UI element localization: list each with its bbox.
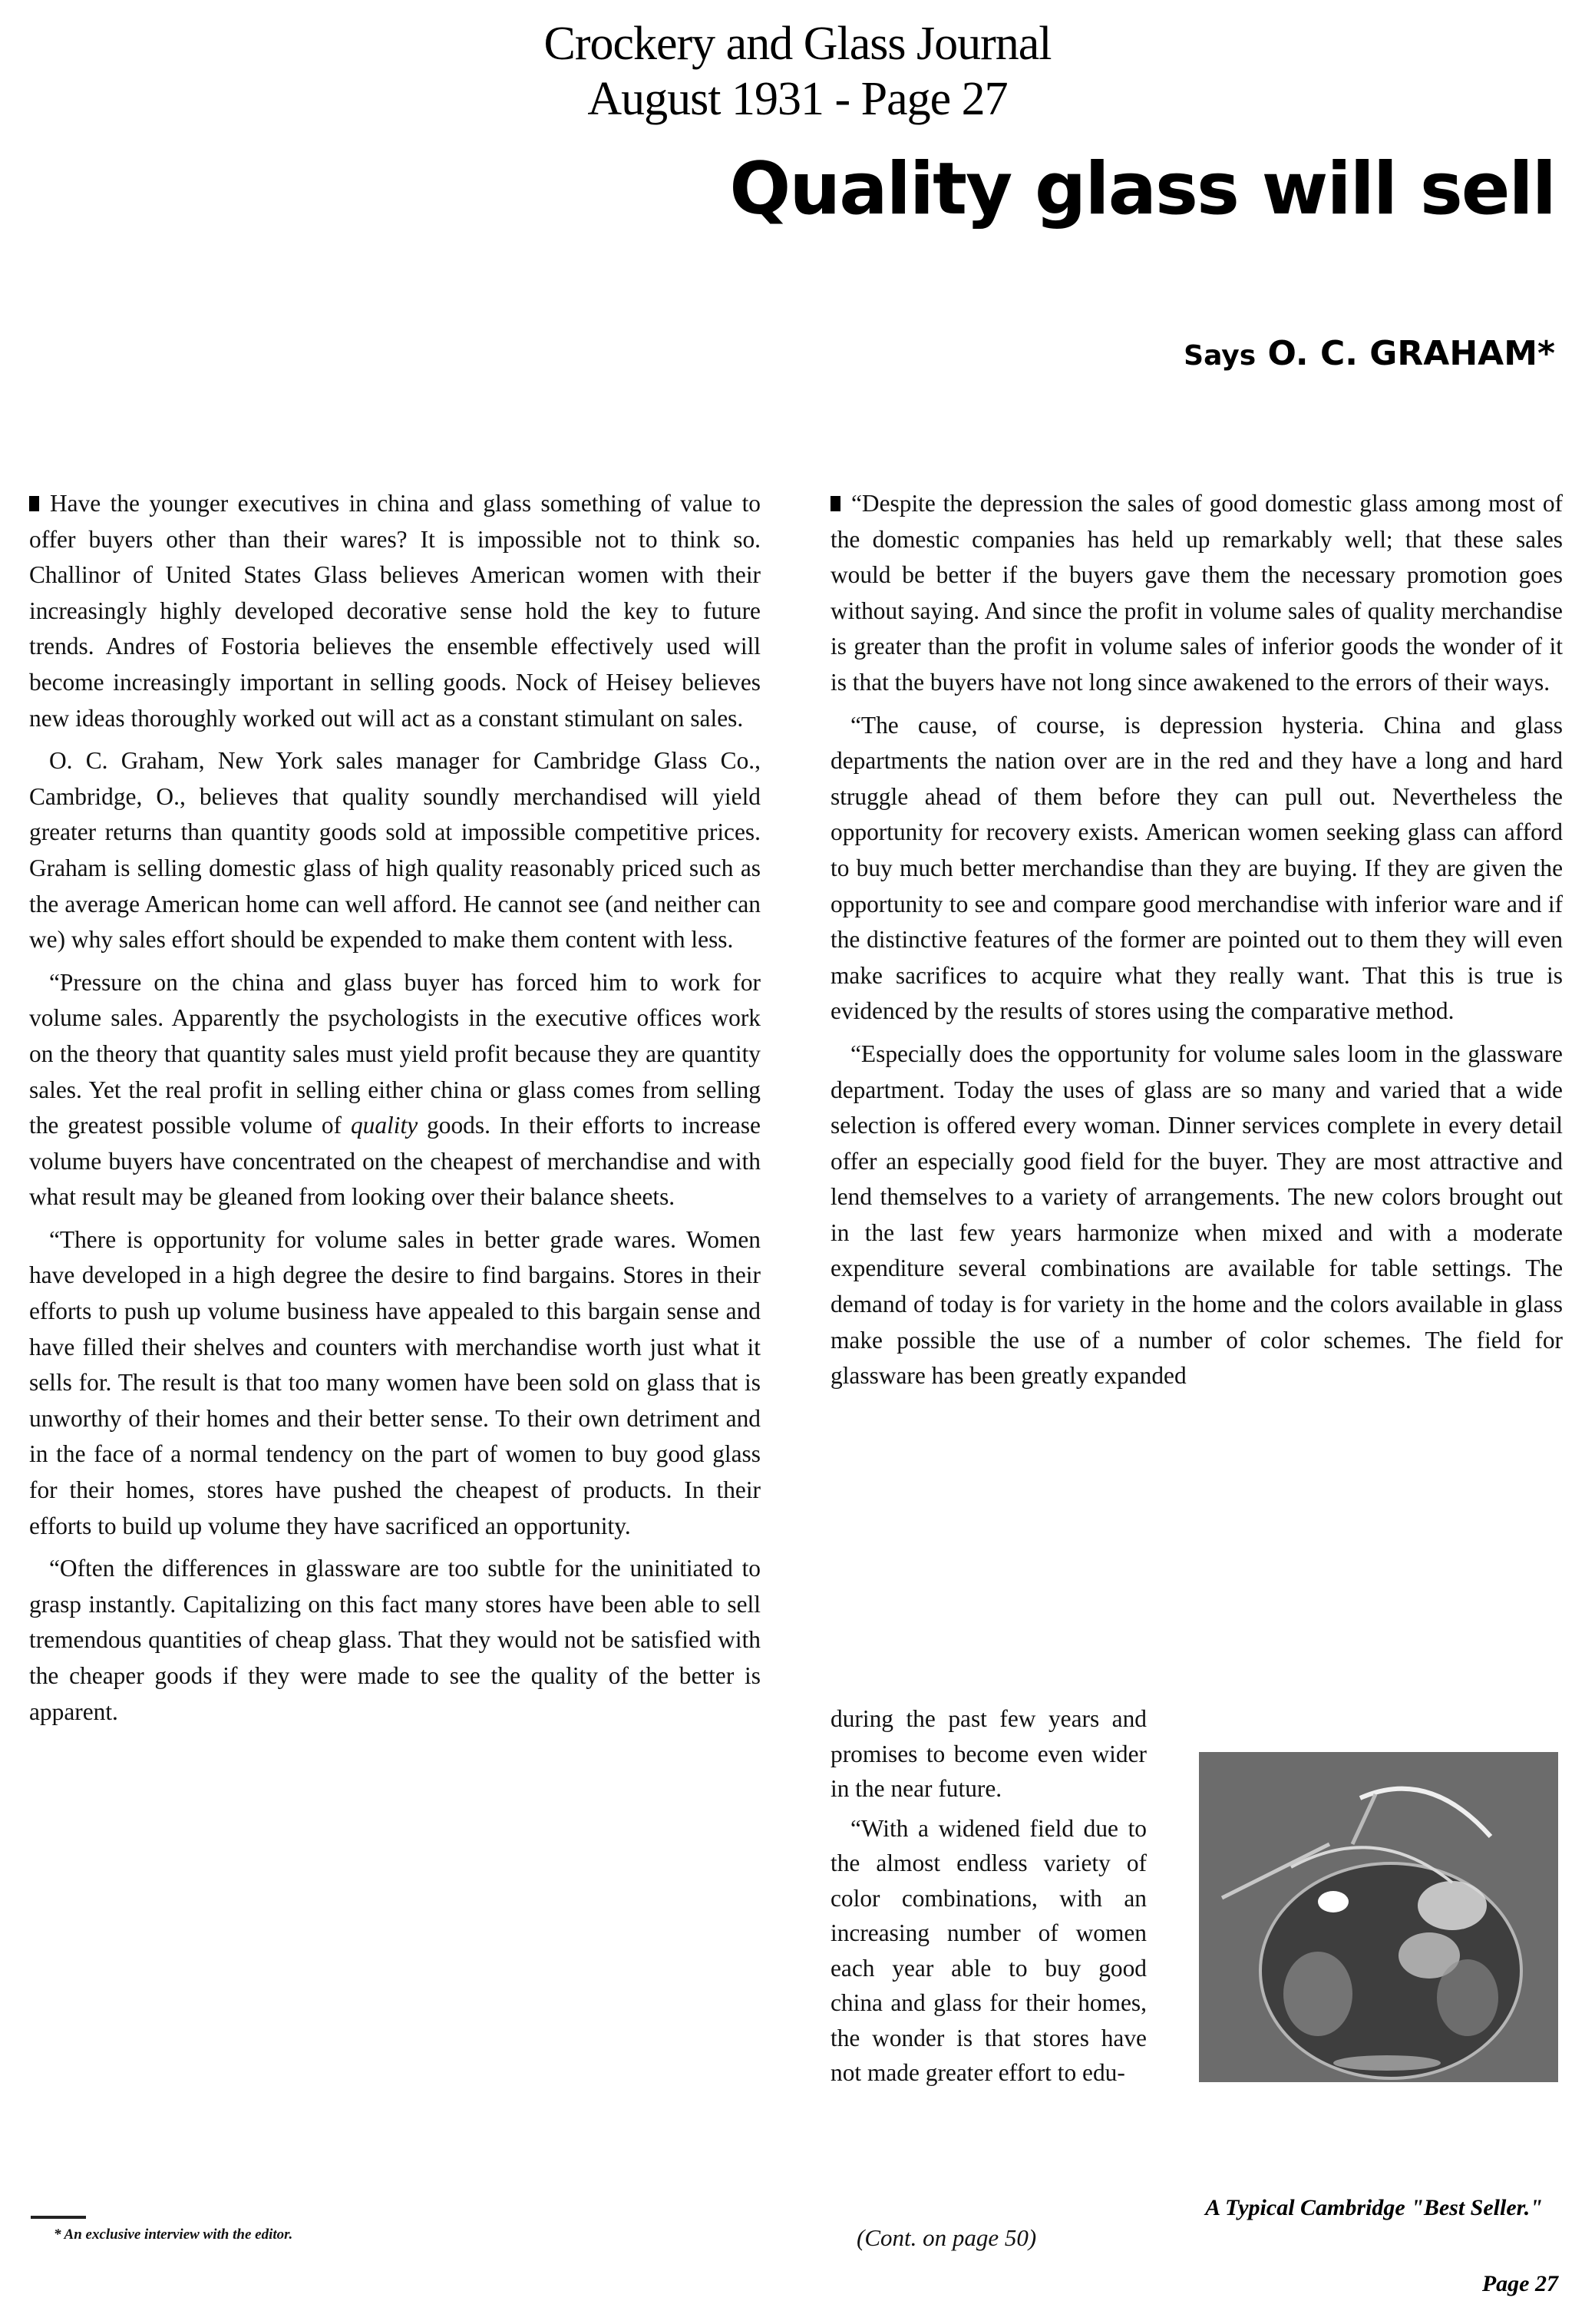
article-title: Quality glass will sell — [729, 147, 1555, 231]
paragraph: during the past few years and promises t… — [831, 1701, 1147, 1807]
right-column: “Despite the depression the sales of goo… — [831, 486, 1563, 1401]
pitcher-image-icon — [1199, 1752, 1558, 2082]
paragraph: “Pressure on the china and glass buyer h… — [29, 965, 761, 1215]
paragraph: O. C. Graham, New York sales manager for… — [29, 743, 761, 958]
footnote: * An exclusive interview with the editor… — [54, 2226, 292, 2243]
byline-author: O. C. GRAHAM* — [1267, 334, 1555, 373]
paragraph: “There is opportunity for volume sales i… — [29, 1222, 761, 1544]
continued-link[interactable]: (Cont. on page 50) — [857, 2224, 1036, 2252]
bullet-square-icon — [831, 496, 840, 511]
page-number: Page 27 — [1482, 2271, 1558, 2297]
issue-line: August 1931 - Page 27 — [0, 75, 1595, 123]
footnote-rule — [31, 2216, 86, 2219]
paragraph: “Often the differences in glassware are … — [29, 1551, 761, 1730]
glass-pitcher-photo — [1199, 1752, 1558, 2082]
byline-says: Says — [1184, 340, 1256, 372]
left-column: Have the younger executives in china and… — [29, 486, 761, 1737]
byline: Says O. C. GRAHAM* — [1184, 334, 1555, 373]
publication-name: Crockery and Glass Journal — [0, 20, 1595, 68]
paragraph: “The cause, of course, is depression hys… — [831, 708, 1563, 1030]
paragraph: “Especially does the opportunity for vol… — [831, 1036, 1563, 1394]
paragraph: “Despite the depression the sales of goo… — [831, 486, 1563, 701]
photo-caption: A Typical Cambridge "Best Seller." — [1182, 2194, 1566, 2222]
emphasis: quality — [351, 1112, 418, 1139]
bullet-square-icon — [29, 496, 39, 511]
narrow-column: during the past few years and promises t… — [831, 1701, 1147, 2095]
paragraph: Have the younger executives in china and… — [29, 486, 761, 736]
paragraph: “With a widened field due to the almost … — [831, 1811, 1147, 2091]
